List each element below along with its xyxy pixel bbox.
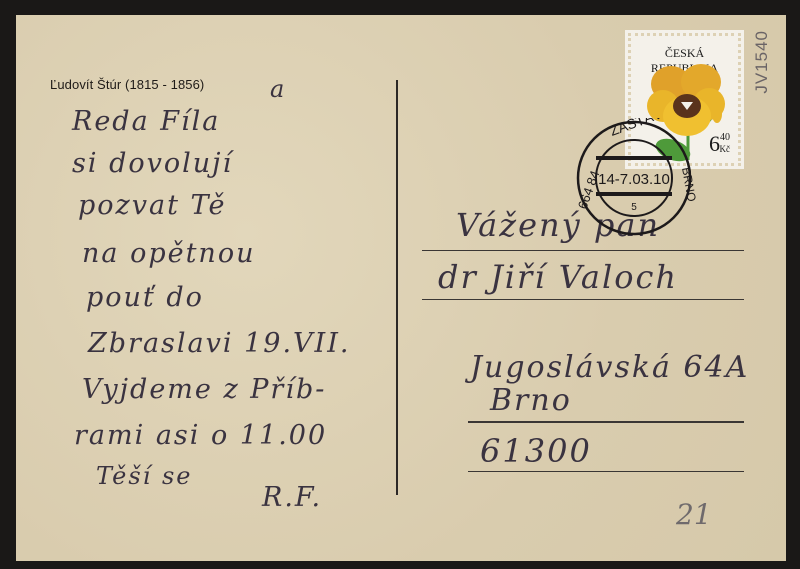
pencil-number: 21 (676, 498, 712, 531)
message-line: Reda Fíla (72, 106, 220, 137)
svg-text:14-7.03.10: 14-7.03.10 (598, 171, 670, 188)
message-line: a (270, 75, 286, 103)
message-line: Těší se (96, 462, 193, 490)
archive-number: JV1540 (752, 30, 772, 94)
center-divider (396, 80, 398, 495)
address-line: 61300 (480, 432, 592, 470)
address-rule (468, 471, 744, 472)
message-line: pozvat Tě (78, 190, 226, 221)
address-line: Jugoslávská 64A (470, 350, 749, 385)
message-line: pouť do (86, 282, 204, 313)
address-rule (422, 299, 744, 300)
address-line: Brno (490, 383, 572, 418)
message-line: si dovolují (72, 148, 233, 179)
stamp-value: 640Kč (709, 133, 730, 155)
printed-caption: Ľudovít Štúr (1815 - 1856) (50, 77, 204, 92)
message-line: rami asi o 11.00 (74, 420, 327, 451)
address-rule (468, 421, 744, 423)
svg-text:BRNO: BRNO (679, 166, 699, 203)
message-line: Zbraslavi 19.VII. (88, 328, 350, 359)
postmark-icon: 14-7.03.10 5 ZASTÁVKA 664 84 BRNO (572, 118, 702, 248)
signature: R.F. (262, 482, 322, 513)
address-rule (422, 250, 744, 251)
message-line: Vyjdeme z Příb- (82, 374, 326, 405)
svg-text:5: 5 (631, 202, 637, 213)
address-line: dr Jiří Valoch (438, 258, 678, 296)
message-line: na opětnou (82, 238, 255, 269)
